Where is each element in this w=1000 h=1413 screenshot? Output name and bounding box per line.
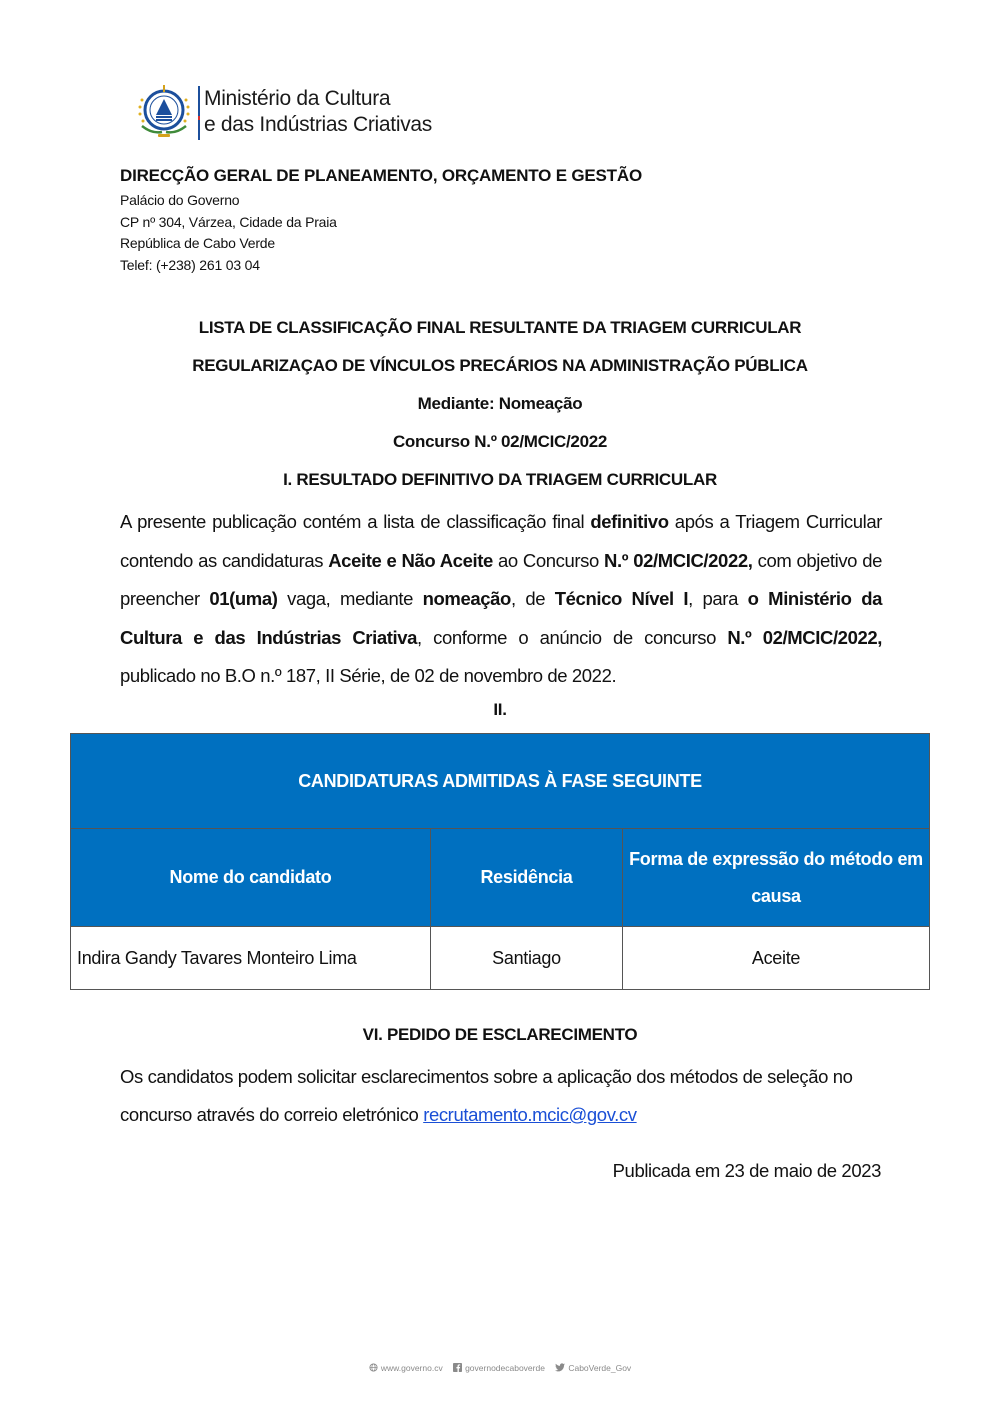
intro-paragraph: A presente publicação contém a lista de … xyxy=(120,503,882,696)
table-row: Indira Gandy Tavares Monteiro Lima Santi… xyxy=(71,927,930,990)
column-header-method: Forma de expressão do método em causa xyxy=(623,829,930,927)
document-title: LISTA DE CLASSIFICAÇÃO FINAL RESULTANTE … xyxy=(0,318,1000,338)
email-link[interactable]: recrutamento.mcic@gov.cv xyxy=(423,1104,636,1125)
globe-icon xyxy=(369,1363,378,1372)
admitted-candidates-table: CANDIDATURAS ADMITIDAS À FASE SEGUINTE N… xyxy=(70,733,930,990)
clarification-paragraph: Os candidatos podem solicitar esclarecim… xyxy=(120,1058,890,1134)
column-header-name: Nome do candidato xyxy=(71,829,431,927)
page-footer: www.governo.cv governodecaboverde CaboVe… xyxy=(0,1363,1000,1373)
ministry-name: Ministério da Cultura e das Indústrias C… xyxy=(204,86,432,138)
organization-title: DIRECÇÃO GERAL DE PLANEAMENTO, ORÇAMENTO… xyxy=(120,166,642,186)
address-line: Palácio do Governo xyxy=(120,190,642,212)
logo-divider xyxy=(198,86,200,140)
column-header-residence: Residência xyxy=(431,829,623,927)
organization-header: DIRECÇÃO GERAL DE PLANEAMENTO, ORÇAMENTO… xyxy=(120,166,642,276)
phone-line: Telef: (+238) 261 03 04 xyxy=(120,255,642,277)
contest-number: Concurso N.º 02/MCIC/2022 xyxy=(0,432,1000,452)
footer-twitter[interactable]: CaboVerde_Gov xyxy=(555,1363,631,1373)
facebook-icon xyxy=(453,1363,462,1372)
address-line: República de Cabo Verde xyxy=(120,233,642,255)
candidate-residence: Santiago xyxy=(431,927,623,990)
footer-website[interactable]: www.governo.cv xyxy=(369,1363,445,1373)
twitter-icon xyxy=(555,1363,565,1372)
document-subtitle: REGULARIZAÇAO DE VÍNCULOS PRECÁRIOS NA A… xyxy=(0,356,1000,376)
footer-facebook[interactable]: governodecaboverde xyxy=(453,1363,547,1373)
section-heading-vi: VI. PEDIDO DE ESCLARECIMENTO xyxy=(0,1025,1000,1045)
section-heading-i: I. RESULTADO DEFINITIVO DA TRIAGEM CURRI… xyxy=(0,470,1000,490)
candidate-name: Indira Gandy Tavares Monteiro Lima xyxy=(71,927,431,990)
table-caption: CANDIDATURAS ADMITIDAS À FASE SEGUINTE xyxy=(71,734,930,829)
cabo-verde-coat-of-arms-icon xyxy=(134,82,194,142)
candidate-status: Aceite xyxy=(623,927,930,990)
publication-date: Publicada em 23 de maio de 2023 xyxy=(613,1160,881,1182)
appointment-mode: Mediante: Nomeação xyxy=(0,394,1000,414)
address-line: CP nº 304, Várzea, Cidade da Praia xyxy=(120,212,642,234)
section-heading-ii: II. xyxy=(0,700,1000,720)
ministry-logo: Ministério da Cultura e das Indústrias C… xyxy=(134,82,474,144)
